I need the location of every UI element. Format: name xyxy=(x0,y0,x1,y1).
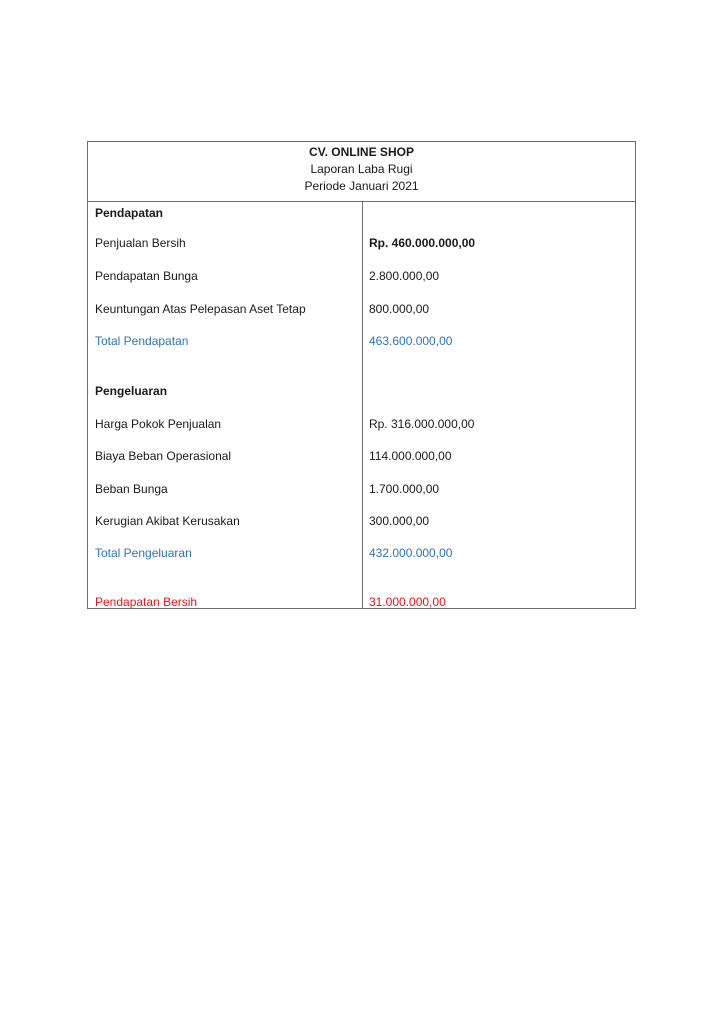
total-income-label: Total Pendapatan xyxy=(95,332,188,350)
row-value: Rp. 460.000.000,00 xyxy=(369,234,475,252)
report-header: CV. ONLINE SHOP Laporan Laba Rugi Period… xyxy=(88,142,635,202)
row-label: Beban Bunga xyxy=(95,480,168,498)
table-row: Biaya Beban Operasional 114.000.000,00 xyxy=(88,447,635,465)
row-label: Biaya Beban Operasional xyxy=(95,447,231,465)
report-period: Periode Januari 2021 xyxy=(88,178,635,195)
row-label: Pendapatan Bunga xyxy=(95,267,198,285)
row-value: Rp. 316.000.000,00 xyxy=(369,415,474,433)
total-expense-label: Total Pengeluaran xyxy=(95,544,192,562)
row-value: 1.700.000,00 xyxy=(369,480,439,498)
income-heading: Pendapatan xyxy=(95,204,163,222)
table-row: Beban Bunga 1.700.000,00 xyxy=(88,480,635,498)
total-income-value: 463.600.000,00 xyxy=(369,332,452,350)
income-total-row: Total Pendapatan 463.600.000,00 xyxy=(88,332,635,350)
company-name: CV. ONLINE SHOP xyxy=(88,144,635,161)
net-income-row: Pendapatan Bersih 31.000.000,00 xyxy=(88,593,635,611)
row-label: Harga Pokok Penjualan xyxy=(95,415,221,433)
report-title: Laporan Laba Rugi xyxy=(88,161,635,178)
row-value: 800.000,00 xyxy=(369,300,429,318)
expense-total-row: Total Pengeluaran 432.000.000,00 xyxy=(88,544,635,562)
row-label: Kerugian Akibat Kerusakan xyxy=(95,512,240,530)
table-row: Pendapatan Bunga 2.800.000,00 xyxy=(88,267,635,285)
row-label: Penjualan Bersih xyxy=(95,234,186,252)
total-expense-value: 432.000.000,00 xyxy=(369,544,452,562)
report-body: Pendapatan Penjualan Bersih Rp. 460.000.… xyxy=(88,202,635,609)
table-row: Kerugian Akibat Kerusakan 300.000,00 xyxy=(88,512,635,530)
row-label: Keuntungan Atas Pelepasan Aset Tetap xyxy=(95,300,306,318)
table-row: Harga Pokok Penjualan Rp. 316.000.000,00 xyxy=(88,415,635,433)
table-row: Keuntungan Atas Pelepasan Aset Tetap 800… xyxy=(88,300,635,318)
row-value: 2.800.000,00 xyxy=(369,267,439,285)
income-statement-table: CV. ONLINE SHOP Laporan Laba Rugi Period… xyxy=(87,141,636,609)
expense-heading: Pengeluaran xyxy=(95,382,167,400)
table-row: Penjualan Bersih Rp. 460.000.000,00 xyxy=(88,234,635,252)
income-heading-row: Pendapatan xyxy=(88,204,635,222)
expense-heading-row: Pengeluaran xyxy=(88,382,635,400)
row-value: 114.000.000,00 xyxy=(369,447,452,465)
row-value: 300.000,00 xyxy=(369,512,429,530)
net-income-label: Pendapatan Bersih xyxy=(95,593,197,611)
net-income-value: 31.000.000,00 xyxy=(369,593,446,611)
